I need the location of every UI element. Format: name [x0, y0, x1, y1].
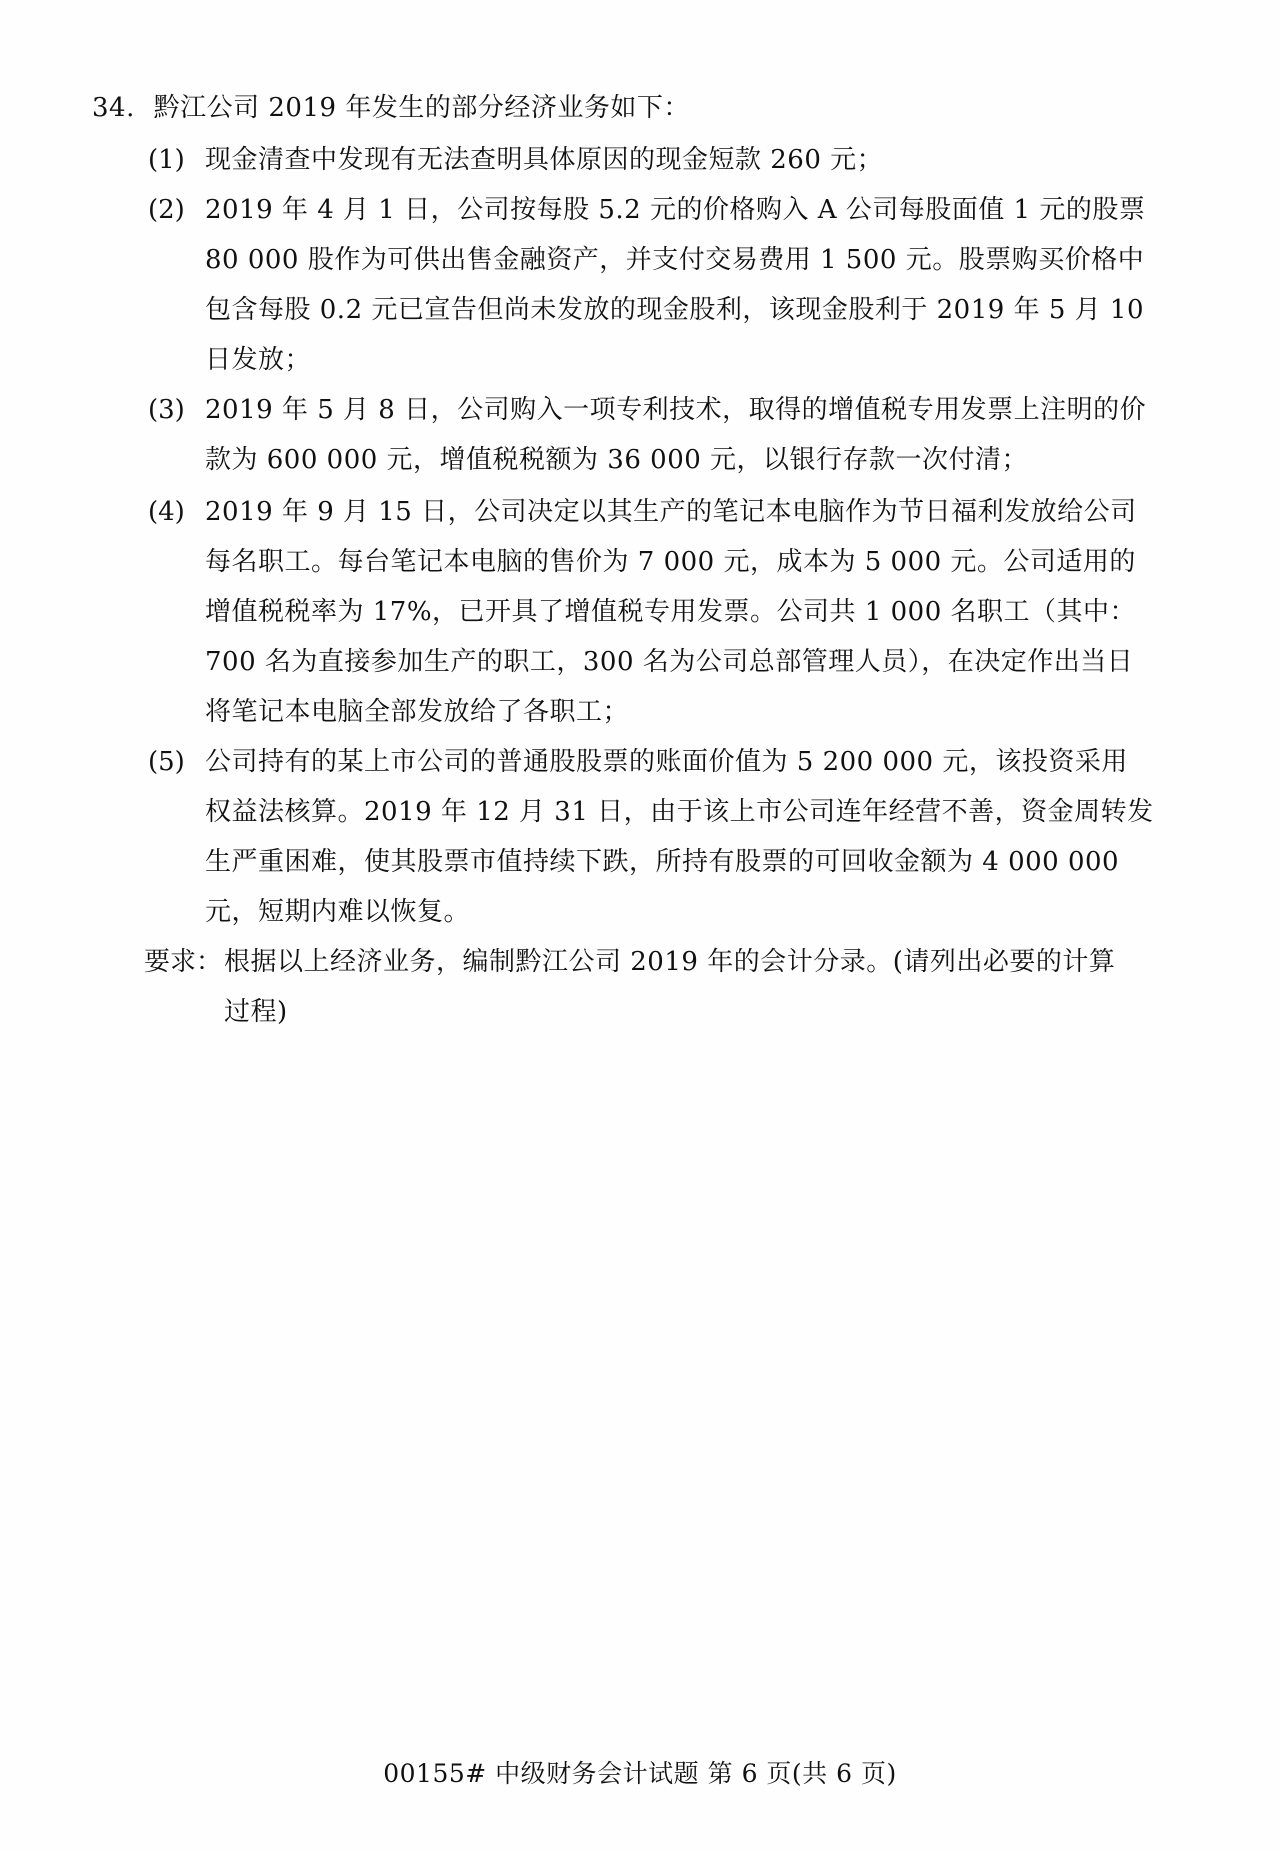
item-line: 生严重困难，使其股票市值持续下跌，所持有股票的可回收金额为 4 000 000 — [205, 844, 1119, 880]
item-line: 权益法核算。2019 年 12 月 31 日，由于该上市公司连年经营不善，资金周… — [205, 794, 1154, 830]
item-label: (1) — [148, 142, 185, 178]
item-line: 元，短期内难以恢复。 — [205, 894, 470, 930]
item-label: (4) — [148, 494, 185, 530]
requirement-label: 要求： — [144, 944, 222, 980]
question-header: 34. 黔江公司 2019 年发生的部分经济业务如下： — [92, 90, 690, 126]
item-line: 日发放； — [205, 342, 311, 378]
item-line: 增值税税率为 17%，已开具了增值税专用发票。公司共 1 000 名职工（其中： — [205, 594, 1136, 630]
item-line: 款为 600 000 元，增值税税额为 36 000 元，以银行存款一次付清； — [205, 442, 1028, 478]
item-line: 2019 年 5 月 8 日，公司购入一项专利技术，取得的增值税专用发票上注明的… — [205, 392, 1146, 428]
item-line: 2019 年 9 月 15 日，公司决定以其生产的笔记本电脑作为节日福利发放给公… — [205, 494, 1137, 530]
item-line: 现金清查中发现有无法查明具体原因的现金短款 260 元； — [205, 142, 883, 178]
item-line: 包含每股 0.2 元已宣告但尚未发放的现金股利，该现金股利于 2019 年 5 … — [205, 292, 1144, 328]
item-line: 700 名为直接参加生产的职工，300 名为公司总部管理人员），在决定作出当日 — [205, 644, 1133, 680]
item-line: 2019 年 4 月 1 日，公司按每股 5.2 元的价格购入 A 公司每股面值… — [205, 192, 1145, 228]
item-line: 80 000 股作为可供出售金融资产，并支付交易费用 1 500 元。股票购买价… — [205, 242, 1144, 278]
requirement-line: 过程) — [224, 994, 288, 1030]
item-line: 公司持有的某上市公司的普通股股票的账面价值为 5 200 000 元，该投资采用 — [205, 744, 1128, 780]
exam-page: 34. 黔江公司 2019 年发生的部分经济业务如下： (1) 现金清查中发现有… — [0, 0, 1280, 1851]
question-number: 34. — [92, 93, 135, 123]
item-line: 将笔记本电脑全部发放给了各职工； — [205, 694, 629, 730]
item-label: (3) — [148, 392, 185, 428]
question-title: 黔江公司 2019 年发生的部分经济业务如下： — [154, 93, 690, 123]
item-line: 每名职工。每台笔记本电脑的售价为 7 000 元，成本为 5 000 元。公司适… — [205, 544, 1136, 580]
item-label: (2) — [148, 192, 185, 228]
requirement-line: 根据以上经济业务，编制黔江公司 2019 年的会计分录。(请列出必要的计算 — [224, 944, 1115, 980]
page-footer: 00155# 中级财务会计试题 第 6 页(共 6 页) — [0, 1757, 1280, 1791]
item-label: (5) — [148, 744, 185, 780]
